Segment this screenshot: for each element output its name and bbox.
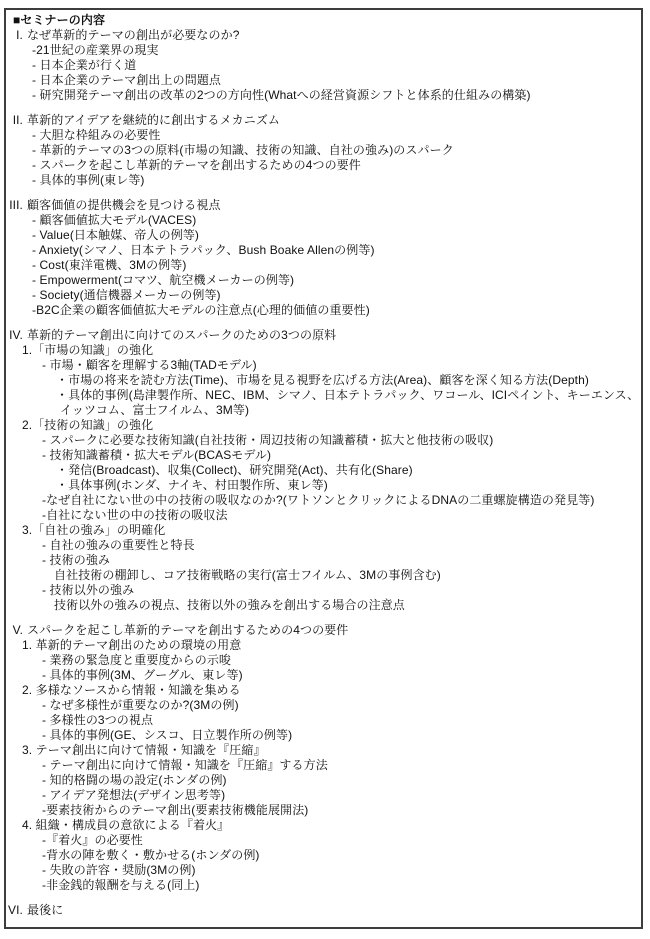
line-text: - 多様性の3つの視点 (42, 713, 153, 727)
line-text: - Cost(東洋電機、3Mの例等) (32, 258, 186, 272)
line-text: - 顧客価値拡大モデル(VACES) (32, 213, 196, 227)
line-text: 技術以外の強みの視点、技術以外の強みを創出する場合の注意点 (54, 598, 405, 612)
outline-line: -21世紀の産業界の現実 (6, 43, 641, 58)
line-text: -非金銭的報酬を与える(同上) (42, 878, 200, 892)
outline-line: - 顧客価値拡大モデル(VACES) (6, 213, 641, 228)
line-text: 1.「市場の知識」の強化 (22, 343, 153, 357)
outline-line: - Cost(東洋電機、3Mの例等) (6, 258, 641, 273)
line-text: - 具体的事例(GE、シスコ、日立製作所の例等) (42, 728, 292, 742)
line-text: - 自社の強みの重要性と特長 (42, 538, 195, 552)
outline-line: - 業務の緊急度と重要度からの示唆 (6, 653, 641, 668)
section-numeral: I. (6, 28, 23, 43)
line-text: 2. 多様なソースから情報・知識を集める (22, 683, 241, 697)
outline-line: -『着火』の必要性 (6, 833, 641, 848)
blank-line (6, 613, 641, 623)
line-text: - 失敗の許容・奨励(3Mの例) (42, 863, 196, 877)
outline-section-line: III.顧客価値の提供機会を見つける視点 (6, 198, 641, 213)
document-title: ■セミナーの内容 (6, 13, 641, 28)
line-text: - 技術知識蓄積・拡大モデル(BCASモデル) (42, 448, 271, 462)
line-text: -B2C企業の顧客価値拡大モデルの注意点(心理的価値の重要性) (32, 303, 370, 317)
line-text: - 日本企業のテーマ創出上の問題点 (32, 73, 221, 87)
outline-line: - 日本企業が行く道 (6, 58, 641, 73)
line-text: 3.「自社の強み」の明確化 (22, 523, 165, 537)
line-text: スパークを起こし革新的テーマを創出するための4つの要件 (27, 623, 348, 637)
outline-line: -B2C企業の顧客価値拡大モデルの注意点(心理的価値の重要性) (6, 303, 641, 318)
outline-line: - 技術知識蓄積・拡大モデル(BCASモデル) (6, 448, 641, 463)
section-numeral: II. (6, 113, 23, 128)
section-numeral: III. (6, 198, 23, 213)
line-text: なぜ革新的テーマの創出が必要なのか? (27, 28, 239, 42)
outline-line: - Value(日本触媒、帝人の例等) (6, 228, 641, 243)
outline-line: - Empowerment(コマツ、航空機メーカーの例等) (6, 273, 641, 288)
outline-line: 3.「自社の強み」の明確化 (6, 523, 641, 538)
outline-line: - 日本企業のテーマ創出上の問題点 (6, 73, 641, 88)
line-text: 4. 組織・構成員の意欲による『着火』 (22, 818, 229, 832)
outline-line: - 具体的事例(GE、シスコ、日立製作所の例等) (6, 728, 641, 743)
line-text: ・具体的事例(島津製作所、NEC、IBM、シマノ、日本テトラパック、ワコール、I… (56, 388, 639, 402)
line-text: - 業務の緊急度と重要度からの示唆 (42, 653, 231, 667)
outline-line: - Anxiety(シマノ、日本テトラパック、Bush Boake Allenの… (6, 243, 641, 258)
outline-line: イッツコム、富士フイルム、3M等) (6, 403, 641, 418)
line-text: - 具体的事例(東レ等) (32, 173, 145, 187)
line-text: - スパークに必要な技術知識(自社技術・周辺技術の知識蓄積・拡大と他技術の吸収) (42, 433, 493, 447)
line-text: - 技術以外の強み (42, 583, 134, 597)
outline-section-line: I.なぜ革新的テーマの創出が必要なのか? (6, 28, 641, 43)
outline-line: - 具体的事例(3M、グーグル、東レ等) (6, 668, 641, 683)
section-numeral: IV. (6, 328, 23, 343)
outline-line: ・具体的事例(島津製作所、NEC、IBM、シマノ、日本テトラパック、ワコール、I… (6, 388, 641, 403)
line-text: -『着火』の必要性 (42, 833, 143, 847)
line-text: - Value(日本触媒、帝人の例等) (32, 228, 199, 242)
outline-line: 自社技術の棚卸し、コア技術戦略の実行(富士フイルム、3Mの事例含む) (6, 568, 641, 583)
outline-line: - スパークを起こし革新的テーマを創出するための4つの要件 (6, 158, 641, 173)
line-text: 最後に (27, 903, 63, 917)
line-text: - なぜ多様性が重要なのか?(3Mの例) (42, 698, 239, 712)
outline-line: - 多様性の3つの視点 (6, 713, 641, 728)
document-page: { "colors": { "text": "#111111", "border… (0, 0, 650, 939)
outline-line: 1.「市場の知識」の強化 (6, 343, 641, 358)
outline-line: - なぜ多様性が重要なのか?(3Mの例) (6, 698, 641, 713)
line-text: - 日本企業が行く道 (32, 58, 136, 72)
outline-line: - 失敗の許容・奨励(3Mの例) (6, 863, 641, 878)
line-text: - Empowerment(コマツ、航空機メーカーの例等) (32, 273, 294, 287)
line-text: - テーマ創出に向けて情報・知識を『圧縮』する方法 (42, 758, 328, 772)
outline-line: ・具体事例(ホンダ、ナイキ、村田製作所、東レ等) (6, 478, 641, 493)
line-text: - 技術の強み (42, 553, 110, 567)
outline-line: -非金銭的報酬を与える(同上) (6, 878, 641, 893)
outline-line: 技術以外の強みの視点、技術以外の強みを創出する場合の注意点 (6, 598, 641, 613)
blank-line (6, 103, 641, 113)
line-text: 1. 革新的テーマ創出のための環境の用意 (22, 638, 241, 652)
line-text: - 大胆な枠組みの必要性 (32, 128, 161, 142)
outline-frame: ■セミナーの内容I.なぜ革新的テーマの創出が必要なのか?-21世紀の産業界の現実… (4, 8, 643, 929)
outline-section-line: VI.最後に (6, 903, 641, 918)
seminar-outline: ■セミナーの内容I.なぜ革新的テーマの創出が必要なのか?-21世紀の産業界の現実… (6, 10, 641, 918)
line-text: 革新的アイデアを継続的に創出するメカニズム (27, 113, 280, 127)
line-text: 3. テーマ創出に向けて情報・知識を『圧縮』 (22, 743, 266, 757)
outline-line: -自社にない世の中の技術の吸収法 (6, 508, 641, 523)
outline-line: - 大胆な枠組みの必要性 (6, 128, 641, 143)
outline-section-line: V.スパークを起こし革新的テーマを創出するための4つの要件 (6, 623, 641, 638)
outline-line: ・市場の将来を読む方法(Time)、市場を見る視野を広げる方法(Area)、顧客… (6, 373, 641, 388)
line-text: - 知的格闘の場の設定(ホンダの例) (42, 773, 227, 787)
outline-line: - 知的格闘の場の設定(ホンダの例) (6, 773, 641, 788)
outline-line: - 具体的事例(東レ等) (6, 173, 641, 188)
outline-line: 1. 革新的テーマ創出のための環境の用意 (6, 638, 641, 653)
outline-line: 4. 組織・構成員の意欲による『着火』 (6, 818, 641, 833)
outline-line: - 技術以外の強み (6, 583, 641, 598)
line-text: -要素技術からのテーマ創出(要素技術機能展開法) (42, 803, 308, 817)
line-text: ■セミナーの内容 (13, 13, 105, 27)
outline-section-line: IV.革新的テーマ創出に向けてのスパークのための3つの原料 (6, 328, 641, 343)
section-numeral: V. (6, 623, 23, 638)
line-text: - Anxiety(シマノ、日本テトラパック、Bush Boake Allenの… (32, 243, 375, 257)
outline-line: - 技術の強み (6, 553, 641, 568)
outline-line: ・発信(Broadcast)、収集(Collect)、研究開発(Act)、共有化… (6, 463, 641, 478)
outline-line: - 市場・顧客を理解する3軸(TADモデル) (6, 358, 641, 373)
line-text: - 研究開発テーマ創出の改革の2つの方向性(Whatへの経営資源シフトと体系的仕… (32, 88, 531, 102)
line-text: 革新的テーマ創出に向けてのスパークのための3つの原料 (27, 328, 336, 342)
outline-line: -背水の陣を敷く・敷かせる(ホンダの例) (6, 848, 641, 863)
line-text: イッツコム、富士フイルム、3M等) (60, 403, 249, 417)
line-text: -なぜ自社にない世の中の技術の吸収なのか?(ワトソンとクリックによるDNAの二重… (42, 493, 594, 507)
line-text: ・発信(Broadcast)、収集(Collect)、研究開発(Act)、共有化… (56, 463, 413, 477)
line-text: - アイデア発想法(デザイン思考等) (42, 788, 225, 802)
outline-line: - スパークに必要な技術知識(自社技術・周辺技術の知識蓄積・拡大と他技術の吸収) (6, 433, 641, 448)
outline-line: 2.「技術の知識」の強化 (6, 418, 641, 433)
outline-line: - 研究開発テーマ創出の改革の2つの方向性(Whatへの経営資源シフトと体系的仕… (6, 88, 641, 103)
line-text: ・市場の将来を読む方法(Time)、市場を見る視野を広げる方法(Area)、顧客… (56, 373, 589, 387)
outline-line: - テーマ創出に向けて情報・知識を『圧縮』する方法 (6, 758, 641, 773)
line-text: - 具体的事例(3M、グーグル、東レ等) (42, 668, 243, 682)
line-text: 自社技術の棚卸し、コア技術戦略の実行(富士フイルム、3Mの事例含む) (54, 568, 441, 582)
outline-line: - 革新的テーマの3つの原料(市場の知識、技術の知識、自社の強み)のスパーク (6, 143, 641, 158)
outline-line: -なぜ自社にない世の中の技術の吸収なのか?(ワトソンとクリックによるDNAの二重… (6, 493, 641, 508)
line-text: 2.「技術の知識」の強化 (22, 418, 153, 432)
line-text: -自社にない世の中の技術の吸収法 (42, 508, 228, 522)
line-text: - 市場・顧客を理解する3軸(TADモデル) (42, 358, 257, 372)
outline-line: - Society(通信機器メーカーの例等) (6, 288, 641, 303)
line-text: - 革新的テーマの3つの原料(市場の知識、技術の知識、自社の強み)のスパーク (32, 143, 454, 157)
line-text: - Society(通信機器メーカーの例等) (32, 288, 221, 302)
line-text: ・具体事例(ホンダ、ナイキ、村田製作所、東レ等) (56, 478, 328, 492)
line-text: -背水の陣を敷く・敷かせる(ホンダの例) (42, 848, 260, 862)
outline-line: -要素技術からのテーマ創出(要素技術機能展開法) (6, 803, 641, 818)
line-text: -21世紀の産業界の現実 (32, 43, 159, 57)
outline-line: 2. 多様なソースから情報・知識を集める (6, 683, 641, 698)
outline-line: 3. テーマ創出に向けて情報・知識を『圧縮』 (6, 743, 641, 758)
outline-line: - 自社の強みの重要性と特長 (6, 538, 641, 553)
blank-line (6, 188, 641, 198)
line-text: 顧客価値の提供機会を見つける視点 (27, 198, 221, 212)
section-numeral: VI. (6, 903, 23, 918)
blank-line (6, 318, 641, 328)
outline-section-line: II.革新的アイデアを継続的に創出するメカニズム (6, 113, 641, 128)
line-text: - スパークを起こし革新的テーマを創出するための4つの要件 (32, 158, 361, 172)
outline-line: - アイデア発想法(デザイン思考等) (6, 788, 641, 803)
blank-line (6, 893, 641, 903)
